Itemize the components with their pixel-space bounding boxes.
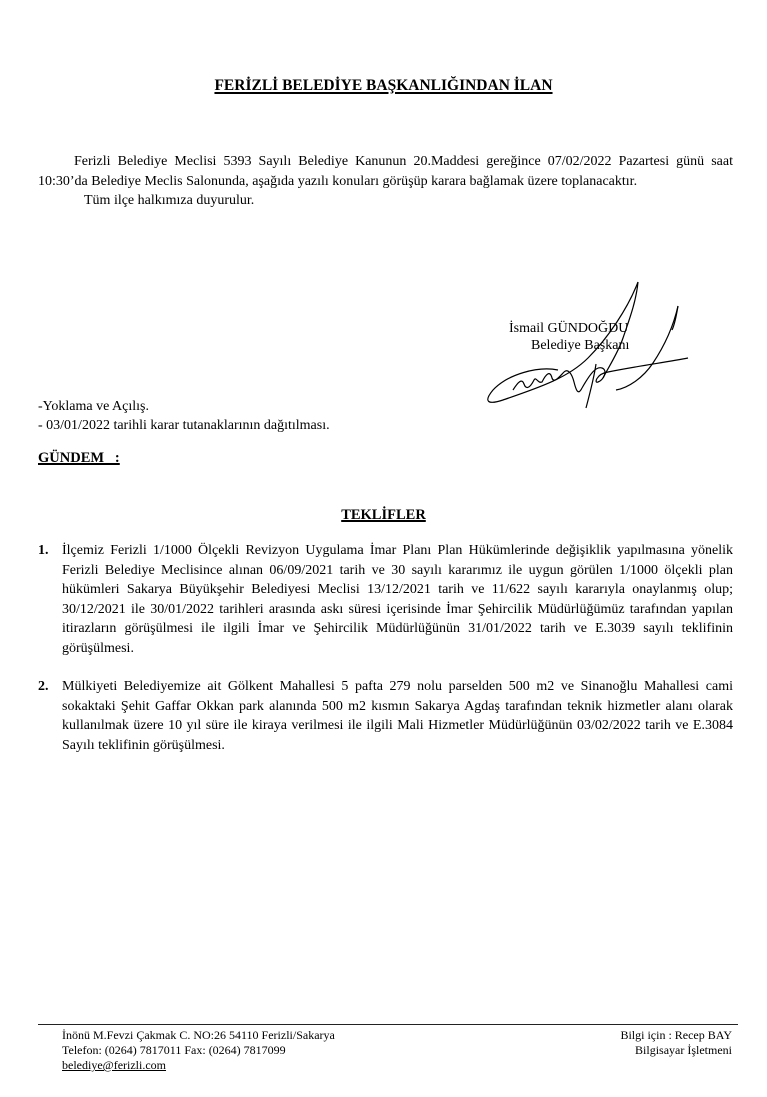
agenda-heading: GÜNDEM : [38,450,120,467]
opening-item: -Yoklama ve Açılış. [38,397,330,416]
announcement-text: Tüm ilçe halkımıza duyurulur. [38,191,733,211]
proposal-item: 1. İlçemiz Ferizli 1/1000 Ölçekli Revizy… [38,541,733,658]
footer-phone-fax: Telefon: (0264) 7817011 Fax: (0264) 7817… [62,1043,335,1058]
footer-divider [38,1024,738,1025]
intro-paragraph: Ferizli Belediye Meclisi 5393 Sayılı Bel… [38,152,733,191]
footer-address: İnönü M.Fevzi Çakmak C. NO:26 54110 Feri… [62,1028,335,1043]
footer-info: Bilgi için : Recep BAY Bilgisayar İşletm… [560,1028,732,1058]
opening-item: - 03/01/2022 tarihli karar tutanaklarını… [38,416,330,435]
proposal-number: 1. [38,541,62,658]
proposals-list: 1. İlçemiz Ferizli 1/1000 Ölçekli Revizy… [38,541,733,774]
proposal-item: 2. Mülkiyeti Belediyemize ait Gölkent Ma… [38,677,733,755]
proposal-text: Mülkiyeti Belediyemize ait Gölkent Mahal… [62,677,733,755]
footer-contact: İnönü M.Fevzi Çakmak C. NO:26 54110 Feri… [62,1028,335,1073]
proposal-text: İlçemiz Ferizli 1/1000 Ölçekli Revizyon … [62,541,733,658]
intro-section: Ferizli Belediye Meclisi 5393 Sayılı Bel… [38,152,733,211]
signatory-block: İsmail GÜNDOĞDU Belediye Başkanı [509,320,629,354]
footer-info-contact: Bilgi için : Recep BAY [560,1028,732,1043]
proposal-number: 2. [38,677,62,755]
document-title: FERİZLİ BELEDİYE BAŞKANLIĞINDAN İLAN [0,77,767,95]
footer-email-link[interactable]: belediye@ferizli.com [62,1058,166,1072]
opening-items: -Yoklama ve Açılış. - 03/01/2022 tarihli… [38,397,330,435]
proposals-heading: TEKLİFLER [0,507,767,524]
signatory-name: İsmail GÜNDOĞDU [509,320,629,337]
signatory-role: Belediye Başkanı [509,337,629,354]
footer-info-role: Bilgisayar İşletmeni [560,1043,732,1058]
